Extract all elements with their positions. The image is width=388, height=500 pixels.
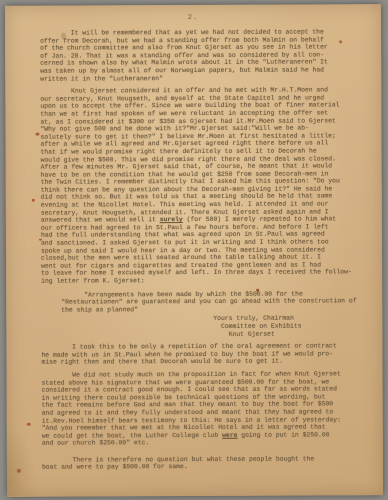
paragraph-capitol-meeting: Knut Gjerset considered it an offer and …	[40, 86, 363, 285]
letter-page: 2. It will be remembered that as yet we …	[5, 4, 383, 497]
underlined-word: were	[222, 431, 237, 438]
paragraph-contract-good-enough: We did not study much on the proposition…	[42, 370, 364, 447]
scan-speck	[35, 133, 39, 136]
paragraph-standing-offer: It will be remembered that as yet we had…	[40, 28, 362, 83]
scan-speck	[256, 289, 259, 292]
page-number: 2.	[5, 13, 381, 23]
scan-speck	[32, 199, 35, 202]
paper-edge-stain	[7, 426, 37, 496]
quoted-letter: "Arrangements have been made by which th…	[61, 290, 363, 314]
scan-speck	[27, 423, 31, 426]
paragraph-repetition: I took this to be only a repetition of t…	[41, 342, 363, 366]
scan-speck	[39, 239, 42, 241]
letter-body: It will be remembered that as yet we had…	[40, 28, 364, 471]
signature-block: Yours truly, Chairman Committee on Exhib…	[213, 315, 363, 338]
scan-speck	[17, 469, 21, 473]
scan-speck	[339, 40, 342, 43]
scan-speck	[61, 33, 66, 40]
underlined-word: surely	[160, 216, 183, 223]
paragraph-conclusion: There is therefore no question but what …	[42, 455, 364, 472]
